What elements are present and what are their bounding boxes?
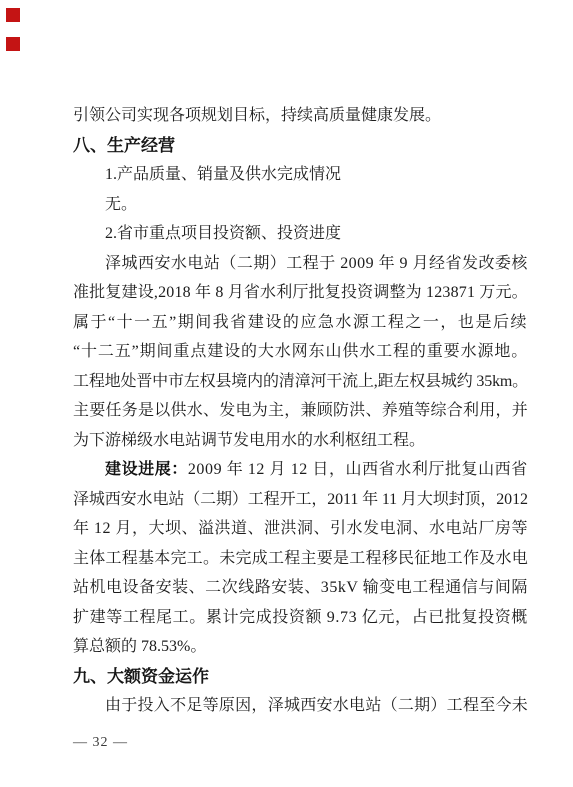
text-line: 2.省市重点项目投资额、投资进度 [73,219,528,249]
line-text: 扩建等工程尾工。累计完成投资额 9.73 亿元，占已批复投资概 [73,609,528,626]
line-text: “十二五”期间重点建设的大水网东山供水工程的重要水源地。 [73,343,528,360]
text-line: 扩建等工程尾工。累计完成投资额 9.73 亿元，占已批复投资概 [73,603,528,633]
text-line: 泽城西安水电站（二期）工程于 2009 年 9 月经省发改委核 [73,249,528,279]
text-line: 无。 [73,190,528,220]
bold-lead-text: 建设进展： [105,461,188,478]
line-text: 泽城西安水电站（二期）工程开工，2011 年 11 月大坝封顶，2012 [73,491,528,508]
line-text: 由于投入不足等原因，泽城西安水电站（二期）工程至今未 [105,697,528,714]
text-line: 引领公司实现各项规划目标，持续高质量健康发展。 [73,101,528,131]
line-text: 站机电设备安装、二次线路安装、35kV 输变电工程通信与间隔 [73,579,528,596]
text-line: 由于投入不足等原因，泽城西安水电站（二期）工程至今未 [73,691,528,721]
red-square-mark-top [6,8,20,22]
document-body: 引领公司实现各项规划目标，持续高质量健康发展。八、生产经营1.产品质量、销量及供… [73,101,528,721]
line-text: 算总额的 78.53%。 [73,638,206,655]
text-line: 为下游梯级水电站调节发电用水的水利枢纽工程。 [73,426,528,456]
line-text: 为下游梯级水电站调节发电用水的水利枢纽工程。 [73,432,425,449]
text-line: 建设进展：2009 年 12 月 12 日，山西省水利厅批复山西省 [73,455,528,485]
line-text: 属于“十一五”期间我省建设的应急水源工程之一，也是后续 [73,314,528,331]
line-text: 引领公司实现各项规划目标，持续高质量健康发展。 [73,107,441,124]
text-line: 工程地处晋中市左权县境内的清漳河干流上,距左权县城约 35km。 [73,367,528,397]
page-number: — 32 — [73,734,128,752]
section-heading: 九、大额资金运作 [73,662,528,692]
line-text: 2009 年 12 月 12 日，山西省水利厅批复山西省 [188,461,528,478]
line-text: 泽城西安水电站（二期）工程于 2009 年 9 月经省发改委核 [105,255,528,272]
line-text: 年 12 月，大坝、溢洪道、泄洪洞、引水发电洞、水电站厂房等 [73,520,528,537]
line-text: 九、大额资金运作 [73,667,209,686]
red-square-mark-bottom [6,37,20,51]
line-text: 主要任务是以供水、发电为主，兼顾防洪、养殖等综合利用，并 [73,402,528,419]
document-page: 引领公司实现各项规划目标，持续高质量健康发展。八、生产经营1.产品质量、销量及供… [0,0,573,787]
text-line: 准批复建设,2018 年 8 月省水利厅批复投资调整为 123871 万元。 [73,278,528,308]
line-text: 工程地处晋中市左权县境内的清漳河干流上,距左权县城约 35km。 [73,373,528,390]
line-text: 主体工程基本完工。未完成工程主要是工程移民征地工作及水电 [73,550,528,567]
text-line: 主要任务是以供水、发电为主，兼顾防洪、养殖等综合利用，并 [73,396,528,426]
line-text: 1.产品质量、销量及供水完成情况 [105,166,341,183]
text-line: 1.产品质量、销量及供水完成情况 [73,160,528,190]
text-line: “十二五”期间重点建设的大水网东山供水工程的重要水源地。 [73,337,528,367]
text-line: 主体工程基本完工。未完成工程主要是工程移民征地工作及水电 [73,544,528,574]
text-line: 泽城西安水电站（二期）工程开工，2011 年 11 月大坝封顶，2012 [73,485,528,515]
line-text: 准批复建设,2018 年 8 月省水利厅批复投资调整为 123871 万元。 [73,284,528,301]
section-heading: 八、生产经营 [73,131,528,161]
line-text: 2.省市重点项目投资额、投资进度 [105,225,341,242]
line-text: 八、生产经营 [73,136,175,155]
line-text: 无。 [105,196,137,213]
text-line: 算总额的 78.53%。 [73,632,528,662]
text-line: 属于“十一五”期间我省建设的应急水源工程之一，也是后续 [73,308,528,338]
text-line: 站机电设备安装、二次线路安装、35kV 输变电工程通信与间隔 [73,573,528,603]
text-line: 年 12 月，大坝、溢洪道、泄洪洞、引水发电洞、水电站厂房等 [73,514,528,544]
